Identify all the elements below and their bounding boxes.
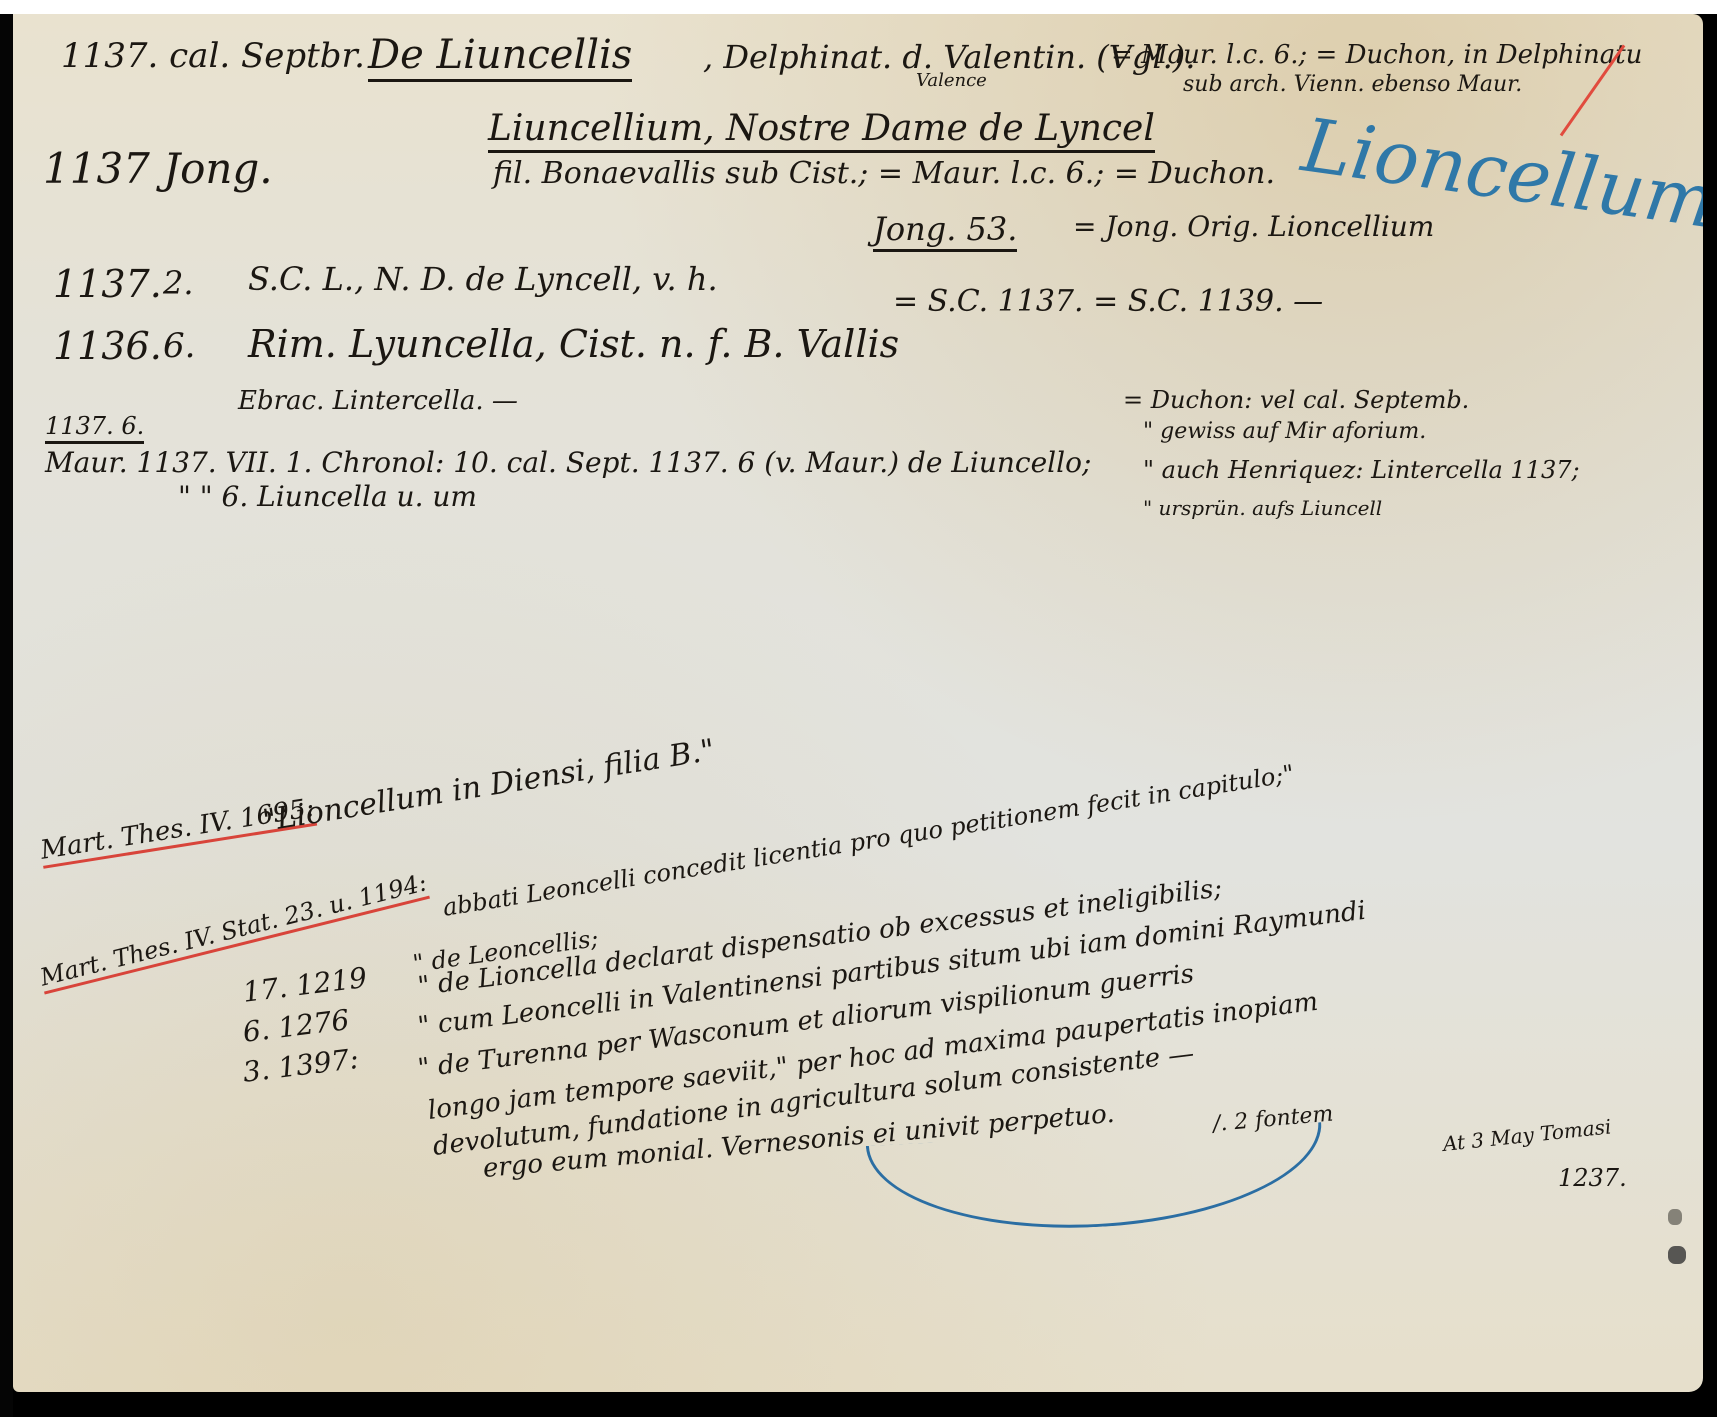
dated-line-2: 6. 1276 xyxy=(241,1003,351,1049)
names-line1: Liuncellium, Nostre Dame de Lyncel xyxy=(488,108,1155,153)
entry-5-text: " " 6. Liuncella u. um xyxy=(178,480,477,513)
header-refs: = Maur. l.c. 6.; = Duchon, in Delphinatu xyxy=(1111,40,1642,70)
dated-line-3: 3. 1397: xyxy=(241,1042,360,1089)
entry-1-num: 2. xyxy=(163,264,194,302)
entry-2-refs: = S.C. 1137. = S.C. 1139. — xyxy=(893,284,1323,319)
entry-2-num: 6. xyxy=(163,326,195,366)
names-line3: Jong. 53. xyxy=(873,210,1017,252)
dated-line-1: 17. 1219 xyxy=(241,961,369,1009)
corner-note-year: 1237. xyxy=(1558,1164,1627,1192)
entry-2-year: 1136. xyxy=(53,324,162,368)
entry-4-refs: = Duchon: vel cal. Septemb. xyxy=(1123,386,1469,414)
header-refs-line2: sub arch. Vienn. ebenso Maur. xyxy=(1183,72,1522,97)
entry-1-text: S.C. L., N. D. de Lyncell, v. h. xyxy=(248,260,718,298)
index-card: 1137. cal. Septbr. De Liuncellis , Delph… xyxy=(13,14,1703,1392)
header-title: De Liuncellis xyxy=(368,32,632,82)
names-line2: fil. Bonaevallis sub Cist.; = Maur. l.c.… xyxy=(493,156,1275,191)
scan-left-border xyxy=(0,14,13,1417)
martene-text-1: "Lioncellum in Diensi, filia B." xyxy=(260,733,717,839)
margin-year-jong: 1137 Jong. xyxy=(43,144,273,193)
corner-note: At 3 May Tomasi xyxy=(1442,1114,1613,1156)
entry-3-text: Ebrac. Lintercella. — xyxy=(238,386,518,416)
header-date-ref: 1137. cal. Septbr. xyxy=(61,36,365,76)
right-note-2: " auch Henriquez: Lintercella 1137; xyxy=(1143,456,1580,484)
entry-2-text: Rim. Lyuncella, Cist. n. f. B. Vallis xyxy=(248,322,899,366)
right-note-3: " ursprün. aufs Liuncell xyxy=(1143,496,1382,520)
valence-gloss: Valence xyxy=(916,70,987,91)
martene-ref-2: Mart. Thes. IV. Stat. 23. u. 1194: xyxy=(37,868,430,994)
entry-1-year: 1137. xyxy=(53,262,162,306)
paper-stain xyxy=(1668,1209,1682,1225)
entry-4-text: Maur. 1137. VII. 1. Chronol: 10. cal. Se… xyxy=(45,446,1091,479)
right-note-1: " gewiss auf Mir aforium. xyxy=(1143,419,1426,444)
names-line3-ref: = Jong. Orig. Lioncellium xyxy=(1073,210,1434,243)
scan-top-border xyxy=(0,0,1717,14)
entry-4-year: 1137. 6. xyxy=(45,412,144,444)
paper-hole xyxy=(1668,1246,1686,1264)
